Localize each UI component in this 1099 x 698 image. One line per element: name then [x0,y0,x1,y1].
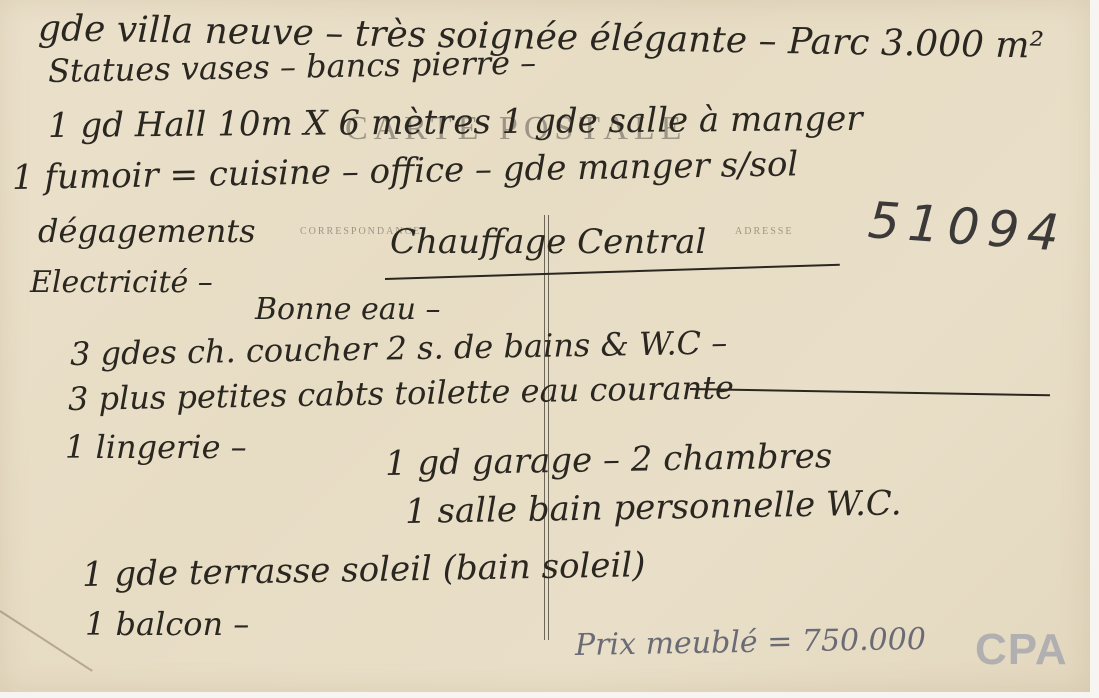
scan-edge-bottom [0,692,1099,698]
handwritten-line-chambres: 3 gdes ch. coucher 2 s. de bains & W.C – [70,324,728,373]
postcard-back: CARTE POSTALE CORRESPONDANCE ADRESSE gde… [0,0,1090,692]
handwritten-line-salle-bain: 1 salle bain personnelle W.C. [405,483,902,532]
handwritten-line-electricite: Electricité – [30,265,213,300]
cpa-watermark: CPA [975,625,1068,675]
underline-eau-courante [690,388,1050,396]
handwritten-line-5: dégagements [38,212,256,250]
handwritten-line-balcon: 1 balcon – [85,605,249,643]
handwritten-line-chauffage: Chauffage Central [390,222,706,262]
handwritten-line-garage: 1 gd garage – 2 chambres [385,436,833,484]
paper-crease [0,610,93,672]
handwritten-line-bonne-eau: Bonne eau – [255,292,441,327]
handwritten-line-4: 1 fumoir = cuisine – office – gde manger… [12,144,799,198]
printed-address-label: ADRESSE [735,226,793,237]
handwritten-line-2: Statues vases – bancs pierre – [48,43,537,90]
pencil-price-note: Prix meublé = 750.000 [575,622,926,663]
handwritten-line-terrasse: 1 gde terrasse soleil (bain soleil) [82,545,646,595]
handwritten-line-cabinets: 3 plus petites cabts toilette eau couran… [68,368,735,418]
reference-number: 51094 [866,191,1069,263]
handwritten-line-lingerie: 1 lingerie – [65,428,247,466]
scan-edge-right [1090,0,1099,698]
underline-chauffage [385,264,840,280]
handwritten-line-3: 1 gd Hall 10m X 6 mètres 1 gde salle à m… [48,99,863,146]
